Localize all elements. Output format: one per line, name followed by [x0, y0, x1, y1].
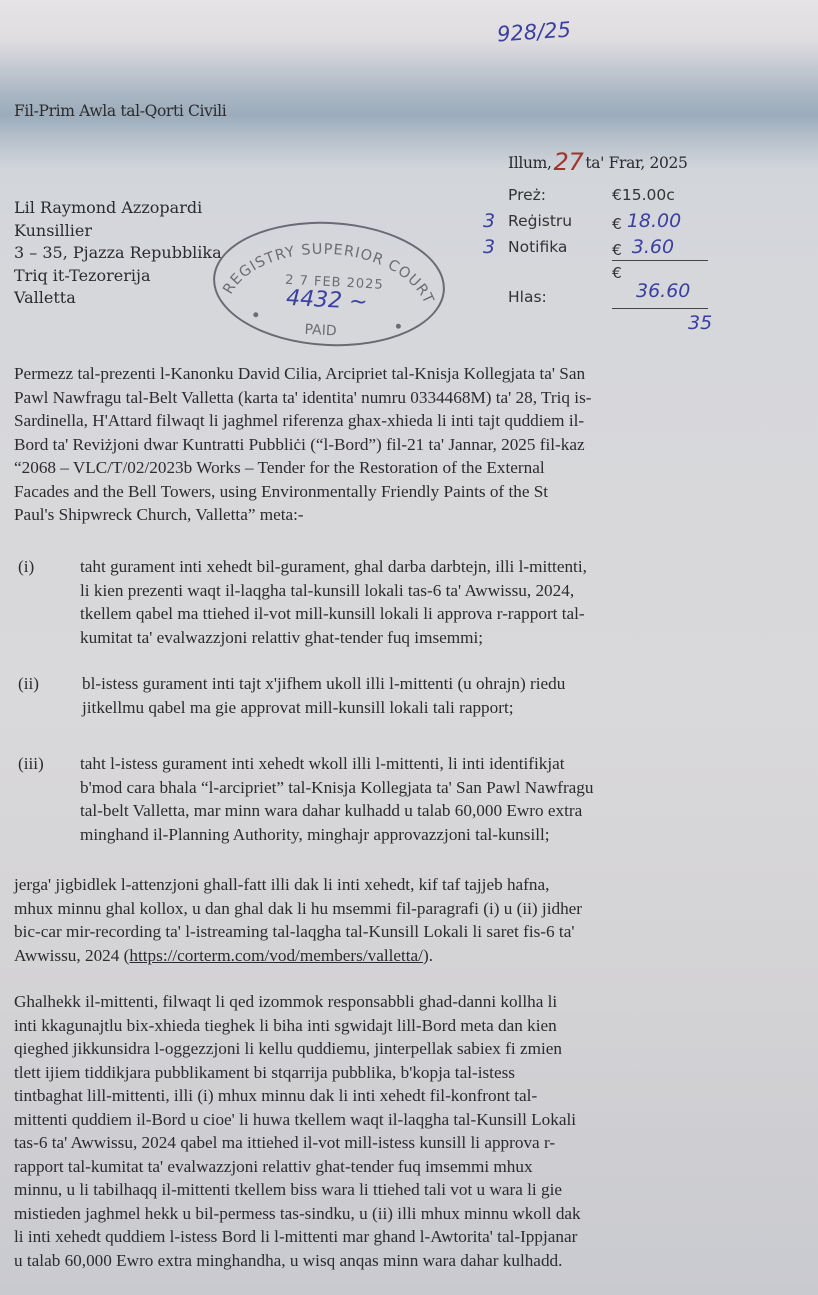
- paragraph-line: mittenti quddiem il-Bord u cioe' li huwa…: [14, 1108, 581, 1132]
- list-item-line: kumitat ta' evalwazzjoni relattiv ghat-t…: [80, 626, 587, 650]
- paragraph-demand: Ghalhekk il-mittenti, filwaqt li qed izo…: [14, 990, 581, 1272]
- list-item-line: taht gurament inti xehedt bil-gurament, …: [80, 555, 587, 579]
- list-item-text: taht gurament inti xehedt bil-gurament, …: [80, 555, 587, 649]
- list-item-line: minghand il-Planning Authority, minghajr…: [80, 823, 594, 847]
- list-item-number: (iii): [18, 752, 44, 776]
- fee-value: €15.00c: [612, 186, 675, 204]
- handwritten-notification-amount: 3.60: [632, 236, 674, 258]
- list-item-line: bl-istess gurament inti tajt x'jifhem uk…: [82, 672, 565, 696]
- fee-value: €: [612, 264, 622, 282]
- handwritten-notification-count: 3: [483, 236, 495, 258]
- date-suffix: ta' Frar, 2025: [585, 154, 687, 172]
- intro-paragraph: Permezz tal-prezenti l-Kanonku David Cil…: [14, 362, 591, 527]
- fee-label: Hlas:: [508, 288, 547, 306]
- addressee-address-2: Triq it-Tezorerija: [14, 265, 222, 288]
- list-item-line: taht l-istess gurament inti xehedt wkoll…: [80, 752, 594, 776]
- handwritten-total: 36.60: [636, 280, 690, 302]
- fee-underline: [612, 308, 708, 309]
- intro-line: Permezz tal-prezenti l-Kanonku David Cil…: [14, 362, 591, 386]
- intro-line: Pawl Nawfragu tal-Belt Valletta (karta t…: [14, 386, 591, 410]
- paragraph-line: tintbaghat lill-mittenti, illi (i) mhux …: [14, 1084, 581, 1108]
- paragraph-line: tas-6 ta' Awwissu, 2024 qabel ma ittiehe…: [14, 1131, 581, 1155]
- addressee-title: Kunsillier: [14, 220, 222, 243]
- intro-line: Facades and the Bell Towers, using Envir…: [14, 480, 591, 504]
- fee-label: Preż:: [508, 186, 546, 204]
- intro-line: Paul's Shipwreck Church, Valletta” meta:…: [14, 503, 591, 527]
- list-item-number: (ii): [18, 672, 39, 696]
- handwritten-registry-count: 3: [483, 210, 495, 232]
- fee-value: € 3.60: [612, 238, 674, 260]
- intro-line: Sardinella, H'Attard filwaqt li jaghmel …: [14, 409, 591, 433]
- paragraph-line: u talab 60,000 Ewro extra minghandha, u …: [14, 1249, 581, 1273]
- paragraph-line: mistieden jaghmel hekk u bil-permess tas…: [14, 1202, 581, 1226]
- addressee-address-1: 3 – 35, Pjazza Repubbli̇ka: [14, 242, 222, 265]
- intro-line: “2068 – VLC/T/02/2023b Works – Tender fo…: [14, 456, 591, 480]
- handwritten-file-reference: 928/25: [496, 17, 571, 46]
- fee-value: € 18.00: [612, 212, 681, 234]
- date-line: Illum,27ta' Frar, 2025: [508, 146, 688, 174]
- paragraph-line: minnu, u li tabilhaqq il-mittenti tkelle…: [14, 1178, 581, 1202]
- list-item-line: tkellem qabel ma ttiehed il-vot mill-kun…: [80, 602, 587, 626]
- handwritten-note: 35: [688, 312, 712, 334]
- list-item-text: taht l-istess gurament inti xehedt wkoll…: [80, 752, 594, 846]
- fee-label: Reġistru: [508, 212, 572, 230]
- paragraph-text: Awwissu, 2024 (: [14, 946, 129, 965]
- addressee-city: Valletta: [14, 287, 222, 310]
- court-heading: Fil-Prim Awla tal-Qorti Civili: [14, 102, 226, 120]
- paragraph-recording-reference: jerga' jigbidlek l-attenzjoni ghall-fatt…: [14, 873, 582, 967]
- handwritten-day: 27: [554, 148, 584, 176]
- paragraph-line: Ghalhekk il-mittenti, filwaqt li qed izo…: [14, 990, 581, 1014]
- paragraph-line: bic-car mir-recording ta' l-istreaming t…: [14, 920, 582, 944]
- paragraph-line: tlett ijiem tiddikjara pubblikament bi s…: [14, 1061, 581, 1085]
- paragraph-text: ).: [423, 946, 433, 965]
- list-item-line: tal-belt Valletta, mar minn wara dahar k…: [80, 799, 594, 823]
- list-item-line: b'mod cara bhala “l-arcipriet” tal-Knisj…: [80, 776, 594, 800]
- paragraph-line: qieghed jikkunsidra l-oggezzjoni li kell…: [14, 1037, 581, 1061]
- registry-stamp: REGISTRY SUPERIOR COURT 2 7 FEB 2025 443…: [210, 216, 448, 352]
- list-item-number: (i): [18, 555, 34, 579]
- fee-total: 36.60: [636, 282, 690, 304]
- list-item-text: bl-istess gurament inti tajt x'jifhem uk…: [82, 672, 565, 719]
- handwritten-registry-amount: 18.00: [627, 210, 681, 232]
- addressee-name: Lil Raymond Azzopardi: [14, 197, 222, 220]
- paragraph-line: mhux minnu ghal kollox, u dan ghal dak l…: [14, 897, 582, 921]
- paragraph-line: inti kkagunajtlu bix-xhieda tieghek li b…: [14, 1014, 581, 1038]
- fee-underline: [612, 260, 708, 261]
- list-item-line: li kien prezenti waqt il-laqgha tal-kuns…: [80, 579, 587, 603]
- fee-label: Notifika: [508, 238, 567, 256]
- addressee-block: Lil Raymond Azzopardi Kunsillier 3 – 35,…: [14, 197, 222, 310]
- paragraph-line: Awwissu, 2024 (https://corterm.com/vod/m…: [14, 944, 582, 968]
- paragraph-line: li inti xehedt quddiem l-istess Bord li …: [14, 1225, 581, 1249]
- paragraph-line: rapport tal-kumitat ta' evalwazzjoni rel…: [14, 1155, 581, 1179]
- intro-line: Bord ta' Reviżjoni dwar Kuntratti Pubbli…: [14, 433, 591, 457]
- streaming-recording-link[interactable]: https://corterm.com/vod/members/valletta…: [129, 946, 423, 965]
- handwritten-receipt-number: 4432 ~: [286, 286, 369, 315]
- paragraph-line: jerga' jigbidlek l-attenzjoni ghall-fatt…: [14, 873, 582, 897]
- stamp-paid-label: PAID: [304, 322, 337, 340]
- list-item-line: jitkellmu qabel ma gie approvat mill-kun…: [82, 696, 565, 720]
- date-prefix: Illum,: [508, 154, 552, 172]
